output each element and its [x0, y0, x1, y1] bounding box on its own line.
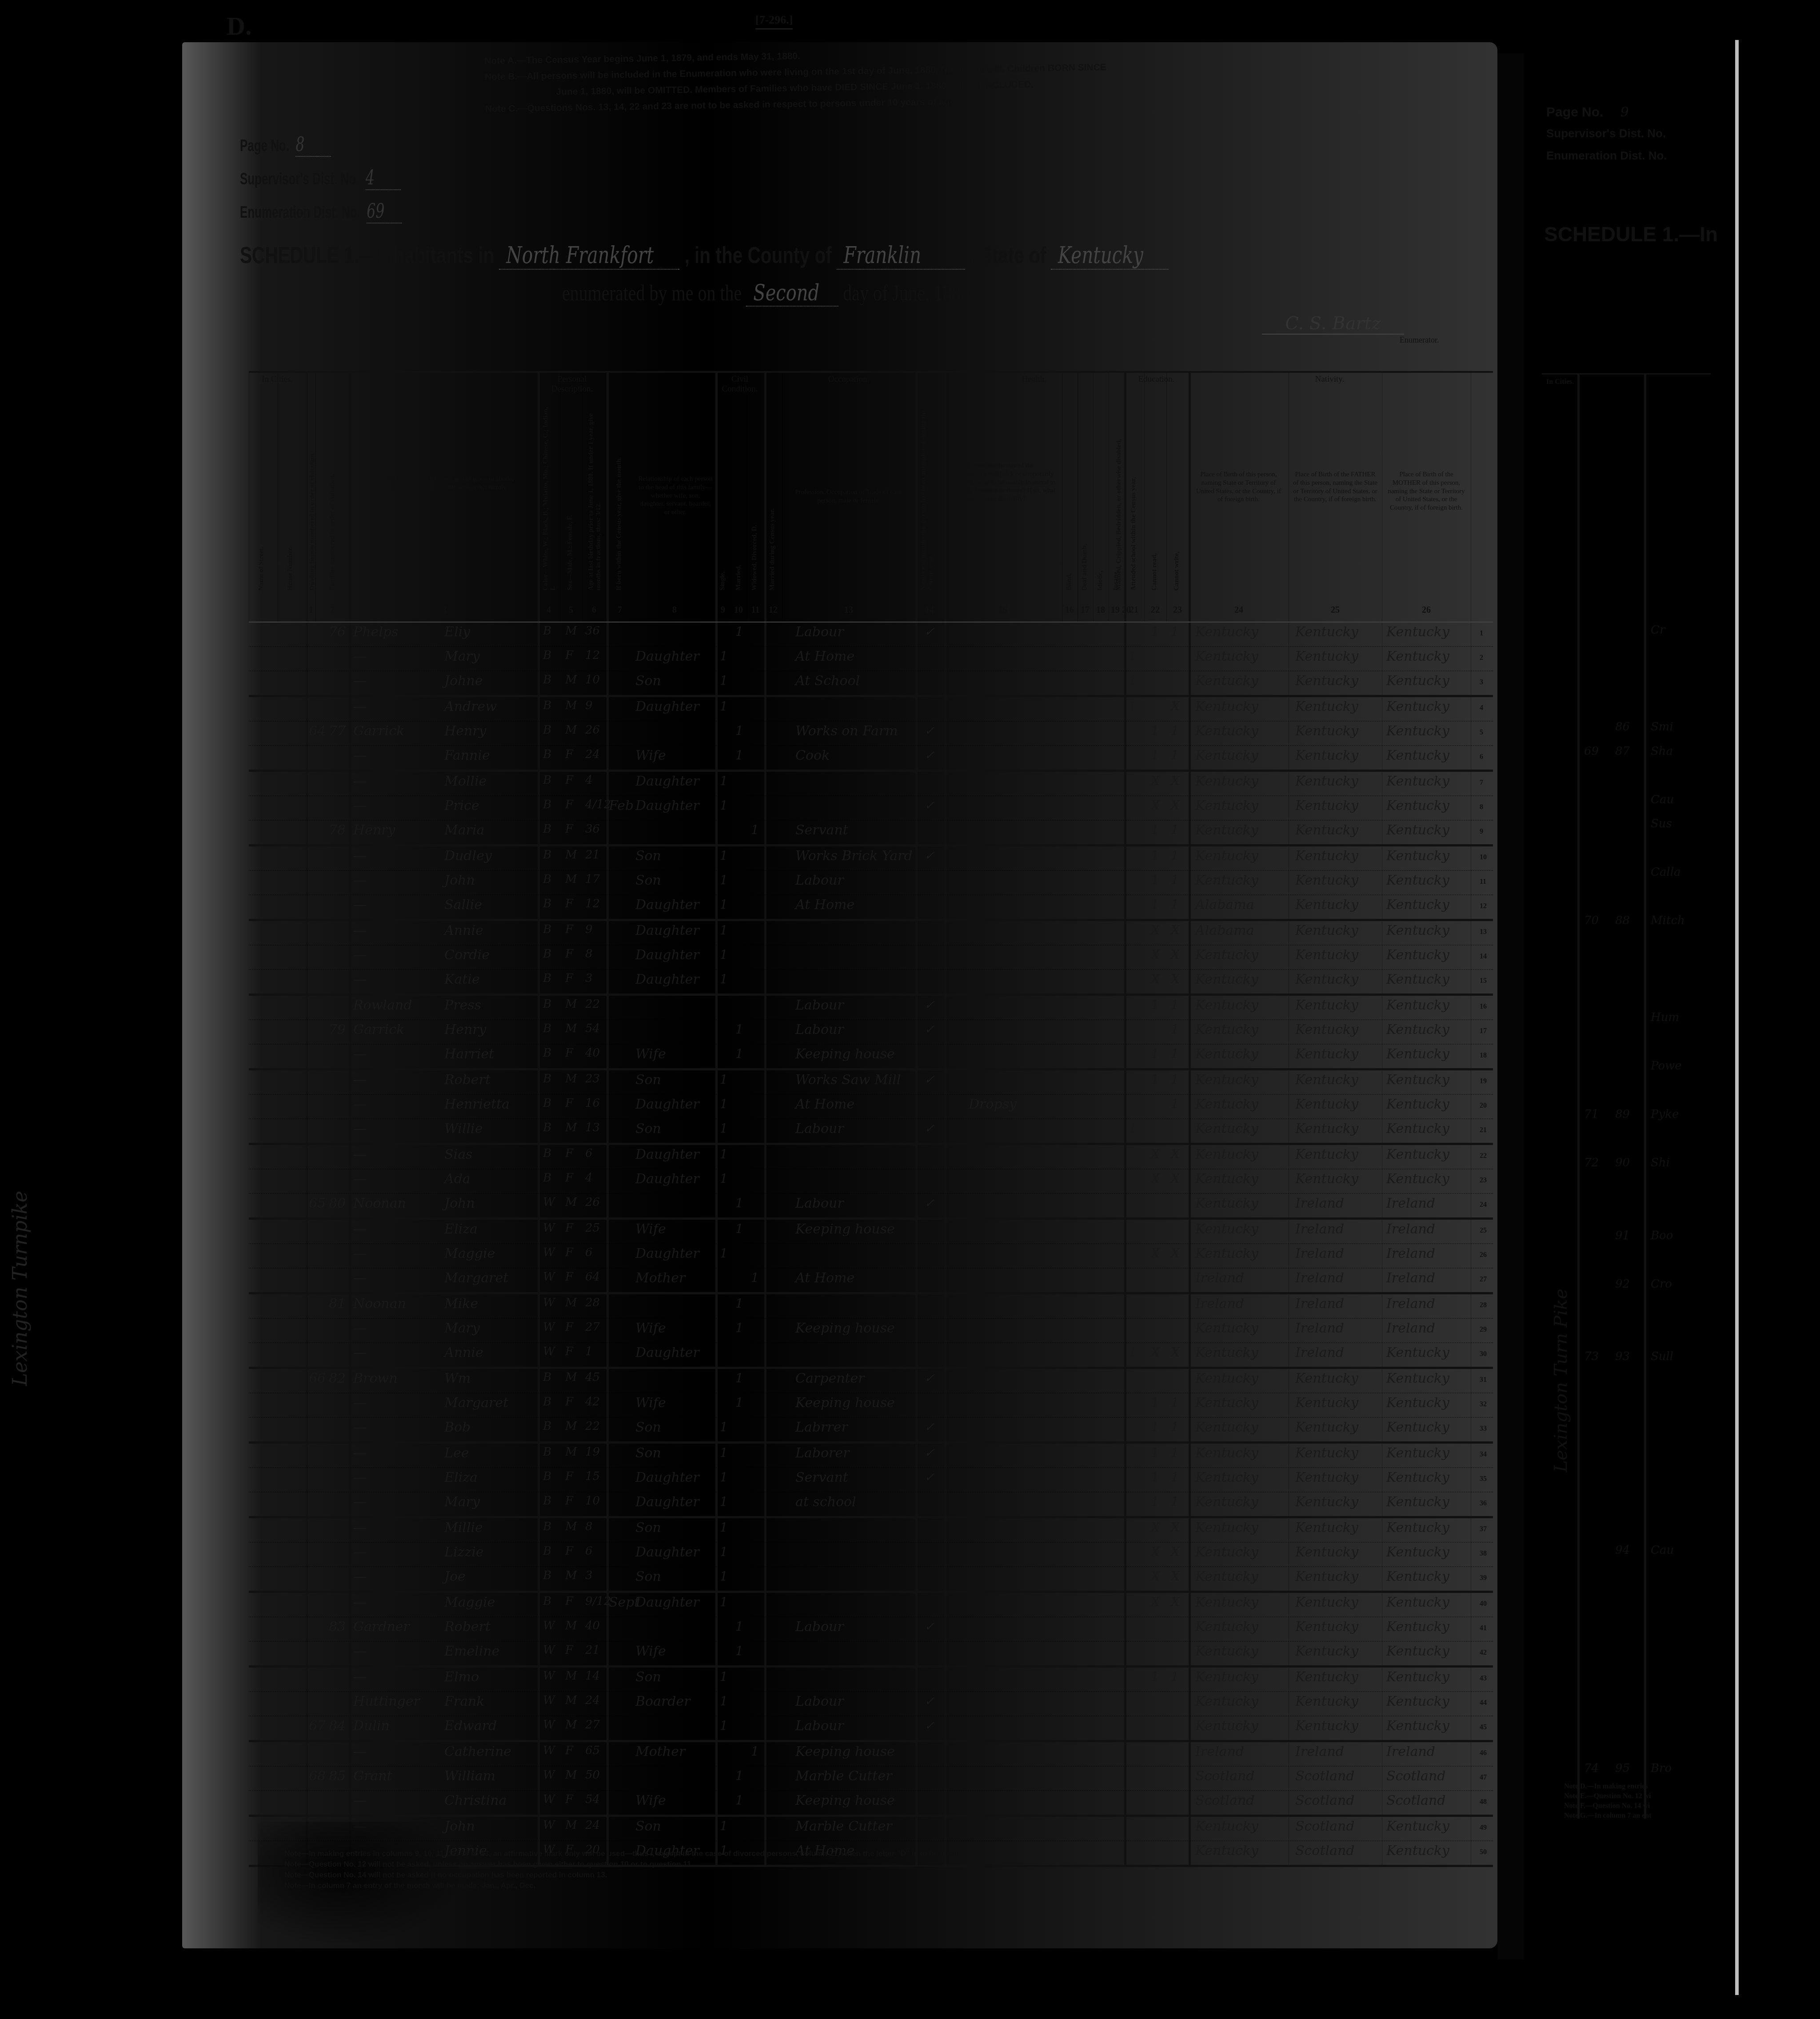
- cannot-write-mark: X: [1171, 1345, 1180, 1360]
- line-number: 9: [1480, 828, 1483, 836]
- family-number: 92: [1615, 1277, 1630, 1291]
- given-name: John: [444, 1196, 475, 1211]
- given-name: Annie: [444, 1345, 483, 1361]
- table-row: 29—MaryWF27Wife1Keeping houseKentuckyIre…: [249, 1319, 1493, 1343]
- sex: M: [565, 1296, 577, 1309]
- birthplace: Kentucky: [1195, 947, 1258, 963]
- surname: —: [353, 923, 367, 938]
- group-personal-description: Personal Description.: [538, 375, 607, 394]
- group-occupation: Occupation.: [782, 375, 915, 384]
- single-mark: 1: [720, 1669, 728, 1684]
- line-number: 2: [1480, 654, 1483, 662]
- column-number: 10: [730, 605, 747, 615]
- table-row: 48—ChristinaWF54Wife1Keeping houseScotla…: [249, 1791, 1493, 1817]
- table-row: 30—AnnieWF1Daughter1XXKentuckyIrelandKen…: [249, 1343, 1493, 1369]
- table-header: In Cities. Personal Description. Civil C…: [249, 373, 1493, 622]
- cannot-write-mark: 1: [1171, 1097, 1179, 1111]
- relationship: Son: [635, 1445, 661, 1461]
- color: B: [543, 1171, 551, 1185]
- cannot-read-mark: X: [1151, 972, 1160, 986]
- birthplace: Kentucky: [1195, 848, 1258, 864]
- line-number: 24: [1480, 1201, 1487, 1209]
- line-number: 38: [1480, 1550, 1487, 1558]
- single-mark: 1: [720, 1494, 728, 1509]
- mother-birthplace: Kentucky: [1386, 873, 1449, 888]
- occupation: Cook: [795, 748, 830, 763]
- unemployed-mark: ✓: [924, 624, 934, 639]
- occupation: Labour: [795, 1694, 844, 1709]
- unemployed-mark: ✓: [924, 848, 934, 863]
- color: B: [543, 873, 551, 886]
- single-mark: 1: [720, 1595, 728, 1609]
- age: 40: [585, 1046, 600, 1060]
- cannot-write-mark: X: [1171, 1171, 1180, 1186]
- line-number: 8: [1480, 803, 1483, 811]
- sex: M: [565, 1619, 577, 1632]
- father-birthplace: Ireland: [1295, 1744, 1344, 1760]
- cannot-read-mark: X: [1151, 923, 1160, 938]
- age: 12: [585, 649, 600, 662]
- sex: F: [565, 649, 573, 662]
- widowed-mark: 1: [751, 822, 759, 837]
- color: B: [543, 848, 551, 862]
- married-mark: 1: [735, 1395, 743, 1410]
- birthplace: Kentucky: [1195, 1445, 1258, 1461]
- right-page-number: Page No. 9: [1546, 104, 1629, 120]
- occupation: at school: [795, 1494, 856, 1510]
- mother-birthplace: Ireland: [1386, 1246, 1435, 1261]
- age: 54: [585, 1022, 600, 1035]
- footer-note: Note—Question No. 12 will not be asked, …: [284, 1859, 960, 1870]
- mother-birthplace: Kentucky: [1386, 1520, 1449, 1536]
- family-number: 78: [329, 822, 346, 838]
- color: W: [543, 1644, 555, 1657]
- relationship: Daughter: [635, 649, 699, 664]
- relationship: Wife: [635, 1221, 666, 1237]
- relationship: Daughter: [635, 774, 699, 789]
- father-birthplace: Kentucky: [1295, 624, 1358, 640]
- surname: Garrick: [353, 723, 404, 739]
- relationship: Daughter: [635, 1470, 699, 1485]
- age: 45: [585, 1371, 600, 1384]
- surname: Shi: [1651, 1156, 1670, 1169]
- given-name: Henrietta: [444, 1097, 510, 1112]
- table-row: 14—CordieBF8Daughter1XXKentuckyKentuckyK…: [249, 946, 1493, 970]
- line-number: 29: [1480, 1326, 1487, 1334]
- birthplace: Alabama: [1195, 923, 1254, 938]
- age: 14: [585, 1669, 600, 1683]
- line-number: 34: [1480, 1451, 1487, 1459]
- color: B: [543, 1072, 551, 1085]
- table-row: 22—SiasBF6Daughter1XXKentuckyKentuckyKen…: [249, 1145, 1493, 1169]
- single-mark: 1: [720, 1097, 728, 1111]
- occupation: At School: [795, 673, 860, 689]
- age: 28: [585, 1296, 600, 1309]
- street-name: Lexington Turnpike: [9, 1191, 32, 1386]
- mother-birthplace: Kentucky: [1386, 1694, 1449, 1709]
- line-number: 19: [1480, 1077, 1487, 1085]
- cannot-write-mark: 1: [1171, 998, 1179, 1012]
- married-mark: 1: [735, 1196, 743, 1210]
- surname: Bro: [1651, 1762, 1672, 1775]
- relationship: Mother: [635, 1270, 685, 1286]
- birthplace: Kentucky: [1195, 1544, 1258, 1560]
- line-number: 43: [1480, 1675, 1487, 1683]
- color: B: [543, 1371, 551, 1384]
- column-number: 14: [921, 605, 938, 615]
- right-note: Note E.—Question No. 12 wi: [1564, 1792, 1651, 1801]
- single-mark: 1: [720, 1544, 728, 1559]
- father-birthplace: Scotland: [1295, 1843, 1354, 1859]
- book-spine: [1497, 53, 1524, 1959]
- occupation: Labour: [795, 873, 844, 888]
- single-mark: 1: [720, 873, 728, 887]
- sex: F: [565, 1321, 573, 1334]
- family-number: 81: [329, 1296, 346, 1312]
- cannot-read-mark: X: [1151, 1520, 1160, 1535]
- color: W: [543, 1718, 555, 1732]
- given-name: Mary: [444, 1494, 480, 1510]
- table-row: 8—PriceBF4/12FebDaughter1✓XXKentuckyKent…: [249, 796, 1493, 821]
- age: 9/12: [585, 1595, 611, 1608]
- birthplace: Kentucky: [1195, 1022, 1258, 1037]
- color: B: [543, 723, 551, 737]
- line-number: 49: [1480, 1824, 1487, 1832]
- mother-birthplace: Ireland: [1386, 1196, 1435, 1211]
- table-row: 38—LizzieBF6Daughter1XXKentuckyKentuckyK…: [249, 1543, 1493, 1567]
- father-birthplace: Kentucky: [1295, 1694, 1358, 1709]
- line-number: 22: [1480, 1152, 1487, 1160]
- single-mark: 1: [720, 673, 728, 688]
- unemployed-mark: ✓: [924, 1072, 934, 1087]
- dwelling-number: 74: [1584, 1762, 1599, 1775]
- table-row: 39—JoeBM3Son1XXKentuckyKentuckyKentucky: [249, 1567, 1493, 1593]
- mother-birthplace: Kentucky: [1386, 897, 1449, 913]
- table-row: 19—RobertBM23Son1Works Saw Mill✓11Kentuc…: [249, 1070, 1493, 1095]
- color: B: [543, 774, 551, 787]
- surname: Noonan: [353, 1296, 406, 1312]
- occupation: Labour: [795, 624, 844, 640]
- surname: —: [353, 649, 367, 664]
- birthplace: Kentucky: [1195, 1718, 1258, 1734]
- age: 50: [585, 1768, 600, 1782]
- single-mark: 1: [720, 1445, 728, 1460]
- family-number: 86: [1615, 720, 1630, 734]
- age: 9: [585, 699, 593, 712]
- single-mark: 1: [720, 774, 728, 788]
- given-name: Eliy: [444, 624, 470, 640]
- column-number: 24: [1230, 605, 1248, 615]
- mother-birthplace: Kentucky: [1386, 1371, 1449, 1386]
- cannot-write-mark: X: [1171, 1544, 1180, 1559]
- relationship: Boarder: [635, 1694, 690, 1709]
- sex: M: [565, 1022, 577, 1035]
- single-mark: 1: [720, 1569, 728, 1584]
- age: 22: [585, 1420, 600, 1433]
- occupation: At Home: [795, 897, 854, 913]
- given-name: Mike: [444, 1296, 478, 1312]
- color: B: [543, 798, 551, 811]
- relationship: Mother: [635, 1744, 685, 1760]
- supervisor-district-label: Supervisor's Dist. No.: [240, 170, 359, 188]
- column-number: 4: [540, 605, 558, 615]
- birthplace: Kentucky: [1195, 972, 1258, 987]
- family-number: 85: [329, 1768, 346, 1784]
- father-birthplace: Kentucky: [1295, 1046, 1358, 1062]
- cannot-read-mark: 1: [1151, 1470, 1159, 1484]
- widowed-mark: 1: [751, 1744, 759, 1759]
- mother-birthplace: Kentucky: [1386, 699, 1449, 714]
- cannot-read-mark: 1: [1151, 748, 1159, 762]
- color: B: [543, 649, 551, 662]
- color: W: [543, 1744, 555, 1757]
- mother-birthplace: Scotland: [1386, 1793, 1445, 1808]
- father-birthplace: Ireland: [1295, 1246, 1344, 1261]
- relationship: Wife: [635, 748, 666, 763]
- relationship: Son: [635, 873, 661, 888]
- relationship: Daughter: [635, 699, 699, 714]
- father-birthplace: Kentucky: [1295, 1494, 1358, 1510]
- family-number: 88: [1615, 914, 1630, 927]
- mother-birthplace: Kentucky: [1386, 798, 1449, 814]
- surname: Noonan: [353, 1196, 406, 1211]
- table-row: 42—EmelineWF21Wife1KentuckyKentuckyKentu…: [249, 1642, 1493, 1668]
- birthplace: Kentucky: [1195, 1843, 1258, 1859]
- line-number: 31: [1480, 1376, 1487, 1384]
- column-number: 2: [323, 605, 341, 615]
- cannot-write-mark: X: [1171, 798, 1180, 813]
- mother-birthplace: Kentucky: [1386, 1619, 1449, 1635]
- sex: M: [565, 1819, 577, 1832]
- sex: F: [565, 1345, 573, 1358]
- father-birthplace: Kentucky: [1295, 822, 1358, 838]
- header-birth-month: If born within the Census year, give the…: [615, 457, 623, 591]
- cannot-write-mark: X: [1171, 1569, 1180, 1584]
- line-number: 18: [1480, 1052, 1487, 1060]
- column-number: 1: [302, 605, 320, 615]
- age: 26: [585, 1196, 600, 1209]
- father-birthplace: Kentucky: [1295, 1171, 1358, 1187]
- enumeration-district-label: Enumeration Dist. No.: [240, 203, 360, 221]
- given-name: Emeline: [444, 1644, 499, 1659]
- sex: F: [565, 1494, 573, 1508]
- given-name: Willie: [444, 1121, 483, 1137]
- relationship: Wife: [635, 1046, 666, 1062]
- mother-birthplace: Ireland: [1386, 1744, 1435, 1760]
- cannot-read-mark: X: [1151, 1595, 1160, 1609]
- color: B: [543, 1445, 551, 1459]
- group-health: Health.: [944, 375, 1124, 384]
- age: 22: [585, 998, 600, 1011]
- age: 21: [585, 848, 600, 862]
- birthplace: Kentucky: [1195, 998, 1258, 1013]
- column-number: 25: [1326, 605, 1344, 615]
- table-row: 246580NoonanJohnWM261Labour✓KentuckyIrel…: [249, 1194, 1493, 1220]
- mother-birthplace: Kentucky: [1386, 998, 1449, 1013]
- father-birthplace: Kentucky: [1295, 1072, 1358, 1088]
- table-row: 10—DudleyBM21Son1Works Brick Yard✓11Kent…: [249, 846, 1493, 871]
- table-row: 44HuttingerFrankWM24Boarder1Labour✓Kentu…: [249, 1692, 1493, 1716]
- married-mark: 1: [735, 1022, 743, 1037]
- birthplace: Kentucky: [1195, 1470, 1258, 1485]
- surname: —: [353, 1345, 367, 1361]
- table-row: 32—MargaretBF42Wife1Keeping house11Kentu…: [249, 1393, 1493, 1418]
- header-single: Single,: [719, 571, 726, 591]
- sex: M: [565, 624, 577, 638]
- unemployed-mark: ✓: [924, 1022, 934, 1037]
- cannot-read-mark: 1: [1151, 1420, 1159, 1434]
- line-number: 33: [1480, 1425, 1487, 1433]
- surname: Sus: [1651, 817, 1672, 830]
- married-mark: 1: [735, 1619, 743, 1634]
- sex: F: [565, 897, 573, 910]
- attended-school-mark: 1: [1129, 673, 1137, 688]
- age: 27: [585, 1718, 600, 1732]
- line-number: 36: [1480, 1500, 1487, 1508]
- color: W: [543, 1246, 555, 1259]
- color: B: [543, 699, 551, 712]
- line-number: 48: [1480, 1798, 1487, 1806]
- surname: Pyke: [1651, 1108, 1679, 1121]
- relationship: Wife: [635, 1644, 666, 1659]
- surname: —: [353, 1072, 367, 1088]
- mother-birthplace: Ireland: [1386, 1321, 1435, 1336]
- given-name: Price: [444, 798, 479, 814]
- surname: Hum: [1651, 1011, 1679, 1024]
- given-name: Catherine: [444, 1744, 511, 1760]
- given-name: Bob: [444, 1420, 471, 1435]
- mother-birthplace: Ireland: [1386, 1270, 1435, 1286]
- sex: F: [565, 1595, 573, 1608]
- dwelling-number: 68: [309, 1768, 326, 1784]
- father-birthplace: Kentucky: [1295, 673, 1358, 689]
- sex: F: [565, 1171, 573, 1185]
- dwelling-number: 70: [1584, 914, 1599, 927]
- birthplace: Kentucky: [1195, 1196, 1258, 1211]
- birthplace: Ireland: [1195, 1296, 1244, 1312]
- table-row: 6—FannieBF24Wife1Cook✓11KentuckyKentucky…: [249, 746, 1493, 772]
- mother-birthplace: Scotland: [1386, 1768, 1445, 1784]
- header-unemployed: Number of months this person has been un…: [920, 395, 938, 591]
- column-number: 7: [611, 605, 629, 615]
- sex: M: [565, 1694, 577, 1707]
- birthplace: Kentucky: [1195, 1694, 1258, 1709]
- sex: F: [565, 1046, 573, 1060]
- relationship: Wife: [635, 1395, 666, 1411]
- sex: F: [565, 1097, 573, 1110]
- sex: M: [565, 1420, 577, 1433]
- cannot-read-mark: X: [1151, 1345, 1160, 1360]
- unemployed-mark: ✓: [924, 723, 934, 738]
- given-name: Johne: [444, 673, 483, 689]
- header-street: Name of Street.: [258, 547, 265, 591]
- relationship: Daughter: [635, 1494, 699, 1510]
- cannot-write-mark: 1: [1171, 1022, 1179, 1037]
- relationship: Son: [635, 1420, 661, 1435]
- header-married-census-year: Married during Census year.: [769, 508, 776, 591]
- cannot-read-mark: 1: [1151, 897, 1159, 912]
- occupation: Labrrer: [795, 1420, 848, 1435]
- enumerator-label: Enumerator.: [1400, 335, 1439, 345]
- surname: —: [353, 1595, 367, 1610]
- birthplace: Kentucky: [1195, 1097, 1258, 1112]
- mother-birthplace: Kentucky: [1386, 624, 1449, 640]
- single-mark: 1: [720, 1147, 728, 1161]
- relationship: Daughter: [635, 897, 699, 913]
- age: 64: [585, 1270, 600, 1284]
- relationship: Daughter: [635, 1544, 699, 1560]
- line-number: 41: [1480, 1624, 1487, 1632]
- father-birthplace: Kentucky: [1295, 873, 1358, 888]
- line-number: 17: [1480, 1027, 1487, 1035]
- age: 6: [585, 1246, 593, 1259]
- relationship: Daughter: [635, 1595, 699, 1610]
- age: 4/12: [585, 798, 611, 811]
- mother-birthplace: Kentucky: [1386, 1544, 1449, 1560]
- color: B: [543, 1544, 551, 1558]
- header-cannot-write: Cannot write,: [1173, 551, 1181, 591]
- mother-birthplace: Ireland: [1386, 1221, 1435, 1237]
- right-footer-notes: Note D.—In making entries Note E.—Questi…: [1564, 1782, 1651, 1821]
- table-row: 21—WillieBM13Son1Labour✓1KentuckyKentuck…: [249, 1119, 1493, 1145]
- table-row: 23—AdaBF4Daughter1XXKentuckyKentuckyKent…: [249, 1169, 1493, 1194]
- age: 40: [585, 1619, 600, 1632]
- surname: —: [353, 873, 367, 888]
- cannot-write-mark: 1: [1171, 1445, 1179, 1460]
- column-number: 5: [562, 605, 580, 615]
- line-number: 1: [1480, 630, 1483, 638]
- line-number: 39: [1480, 1574, 1487, 1582]
- mother-birthplace: Kentucky: [1386, 1445, 1449, 1461]
- widowed-mark: 1: [751, 1270, 759, 1285]
- color: B: [543, 1520, 551, 1533]
- given-name: Lee: [444, 1445, 469, 1461]
- surname: —: [353, 1171, 367, 1187]
- married-mark: 1: [735, 1296, 743, 1311]
- sex: M: [565, 699, 577, 712]
- column-number: 21: [1125, 605, 1143, 615]
- surname: —: [353, 1793, 367, 1808]
- age: 36: [585, 822, 600, 836]
- table-row: 1779GarrickHenryBM541Labour✓1KentuckyKen…: [249, 1020, 1493, 1045]
- occupation: Servant: [795, 1470, 848, 1485]
- sex: M: [565, 1121, 577, 1134]
- table-body: 176PhelpsEliyBM361Labour✓11KentuckyKentu…: [249, 622, 1493, 1867]
- color: B: [543, 1022, 551, 1035]
- father-birthplace: Kentucky: [1295, 748, 1358, 763]
- line-number: 35: [1480, 1475, 1487, 1483]
- line-number: 5: [1480, 729, 1483, 737]
- column-number: 26: [1417, 605, 1435, 615]
- birth-month: Feb: [609, 798, 634, 814]
- census-notes: Note A.—The Census Year begins June 1, 1…: [484, 40, 1307, 117]
- given-name: Mary: [444, 649, 480, 664]
- color: B: [543, 1147, 551, 1160]
- father-birthplace: Kentucky: [1295, 699, 1358, 714]
- family-number: 77: [329, 723, 346, 739]
- father-birthplace: Scotland: [1295, 1768, 1354, 1784]
- relationship: Daughter: [635, 1097, 699, 1112]
- line-number: 26: [1480, 1251, 1487, 1259]
- married-mark: 1: [735, 1644, 743, 1658]
- surname: —: [353, 1097, 367, 1112]
- color: W: [543, 1768, 555, 1782]
- birthplace: Scotland: [1195, 1793, 1254, 1808]
- header-cannot-read: Cannot read,: [1151, 553, 1158, 591]
- right-enumeration-district: Enumeration Dist. No.: [1546, 149, 1667, 163]
- given-name: Edward: [444, 1718, 497, 1734]
- column-number: 11: [746, 605, 764, 615]
